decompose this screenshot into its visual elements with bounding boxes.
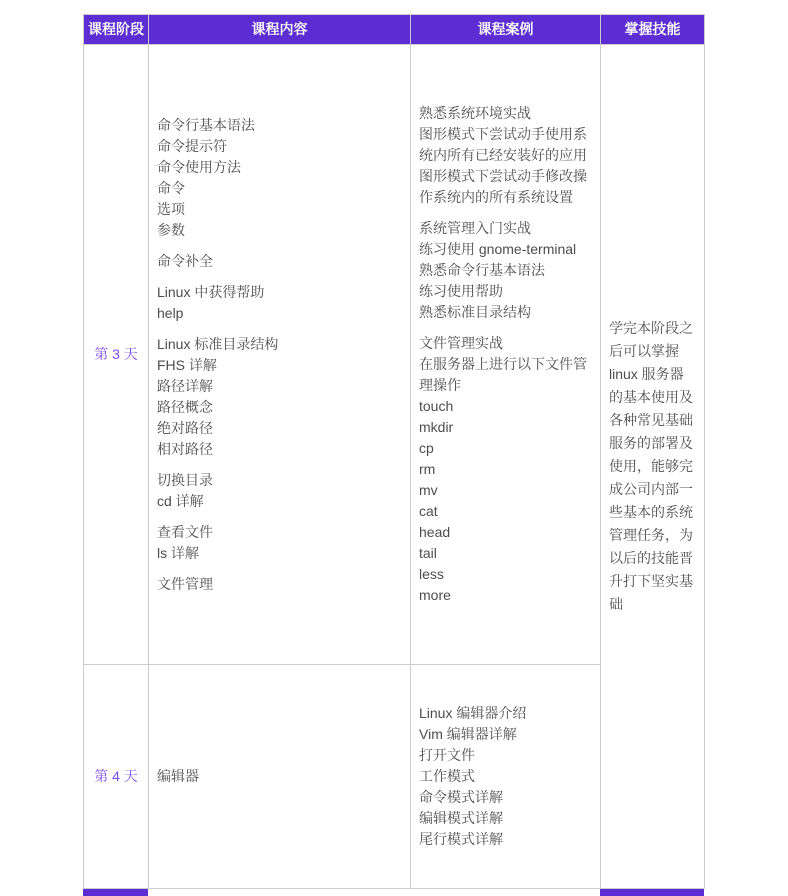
header-course-stage: 课程阶段 [84,15,149,45]
header-course-content: 课程内容 [149,15,411,45]
content-cell-day4: 编辑器 [149,665,411,889]
next-section-header-partial [83,889,704,896]
content-cell-day3: 命令行基本语法命令提示符命令使用方法命令选项参数命令补全Linux 中获得帮助h… [149,45,411,665]
cases-cell-day4: Linux 编辑器介绍Vim 编辑器详解打开文件工作模式命令模式详解编辑模式详解… [411,665,601,889]
course-table: 课程阶段 课程内容 课程案例 掌握技能 第 3 天 命令行基本语法命令提示符命令… [83,14,705,889]
cases-cell-day3: 熟悉系统环境实战图形模式下尝试动手使用系统内所有已经安装好的应用图形模式下尝试动… [411,45,601,665]
header-skills: 掌握技能 [601,15,705,45]
course-syllabus-section: 课程阶段 课程内容 课程案例 掌握技能 第 3 天 命令行基本语法命令提示符命令… [0,0,788,896]
stage-cell-day3: 第 3 天 [84,45,149,665]
table-row-day3: 第 3 天 命令行基本语法命令提示符命令使用方法命令选项参数命令补全Linux … [84,45,705,665]
next-header-stage-fragment [83,889,148,896]
stage-cell-day4: 第 4 天 [84,665,149,889]
next-header-skills-fragment [600,889,704,896]
skills-cell-stage: 学完本阶段之后可以掌握 linux 服务器的基本使用及各种常见基础服务的部署及使… [601,45,705,889]
table-header-row: 课程阶段 课程内容 课程案例 掌握技能 [84,15,705,45]
header-course-case: 课程案例 [411,15,601,45]
next-header-gap [148,889,600,896]
